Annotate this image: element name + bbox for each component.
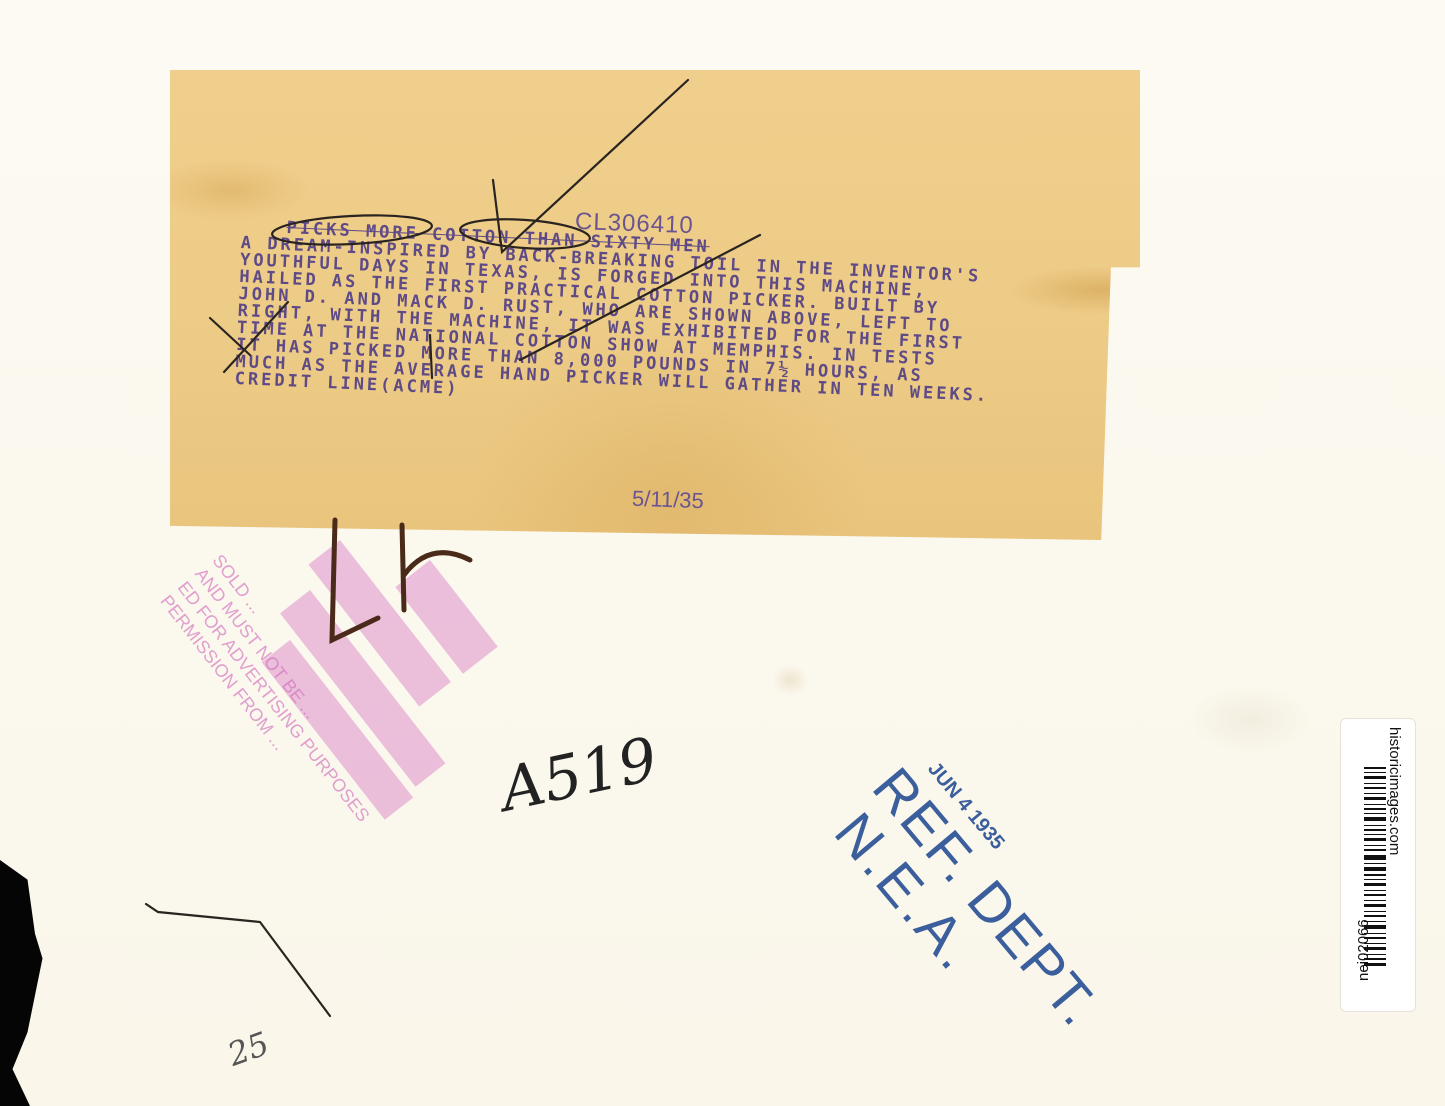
corner-mark-icon bbox=[146, 904, 330, 1016]
barcode-site: historicimages.com bbox=[1386, 727, 1403, 855]
check-mark-icon bbox=[493, 80, 688, 252]
barcode-label: historicimages.com nei02066 bbox=[1340, 718, 1416, 1012]
barcode-code: nei02066 bbox=[1355, 919, 1372, 981]
pen-marks bbox=[0, 0, 1445, 1106]
